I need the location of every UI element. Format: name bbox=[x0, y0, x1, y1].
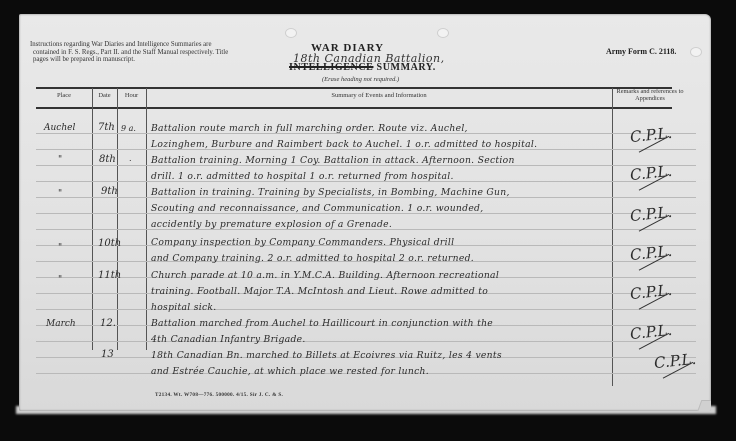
column-header-date: Date bbox=[92, 92, 117, 99]
entry-line: Company inspection by Company Commanders… bbox=[151, 237, 454, 248]
column-header-remarks: Remarks and references to Appendices bbox=[612, 88, 688, 102]
entry-line: Lozinghem, Burbure and Raimbert back to … bbox=[151, 139, 537, 150]
entry-line: Church parade at 10 a.m. in Y.M.C.A. Bui… bbox=[151, 270, 499, 281]
punch-hole bbox=[285, 28, 297, 38]
entry-place: " bbox=[58, 243, 62, 253]
instructions-text: Instructions regarding War Diaries and I… bbox=[30, 41, 229, 64]
entry-date: 13 bbox=[101, 349, 114, 360]
entry-line: Battalion marched from Auchel to Haillic… bbox=[151, 318, 493, 329]
punch-hole bbox=[690, 47, 702, 57]
folded-corner bbox=[693, 400, 711, 411]
entry-line: Battalion training. Morning 1 Coy. Batta… bbox=[151, 155, 515, 166]
column-divider-hour bbox=[146, 88, 147, 350]
column-divider-place bbox=[92, 88, 93, 350]
struck-heading: INTELLIGENCE bbox=[289, 62, 373, 73]
entry-place: Auchel bbox=[44, 123, 75, 133]
punch-hole bbox=[437, 28, 449, 38]
entry-line: Scouting and reconnaissance, and Communi… bbox=[151, 203, 483, 214]
erase-note: (Erase heading not required.) bbox=[322, 76, 399, 83]
entry-date: 11th bbox=[98, 270, 121, 281]
column-header-rule bbox=[36, 107, 672, 109]
column-divider-date bbox=[117, 88, 118, 350]
entry-line: training. Football. Major T.A. McIntosh … bbox=[151, 286, 488, 297]
entry-date: 12. bbox=[100, 318, 116, 329]
entry-date: 9th bbox=[101, 186, 118, 197]
entry-place: " bbox=[58, 155, 62, 165]
ruled-line bbox=[36, 341, 696, 342]
column-header-hour: Hour bbox=[117, 92, 146, 99]
summary-heading: SUMMARY. bbox=[373, 62, 435, 73]
column-header-place: Place bbox=[36, 92, 92, 99]
army-form-number: Army Form C. 2118. bbox=[606, 47, 676, 56]
entry-hour: . bbox=[129, 154, 132, 163]
entry-place: March bbox=[46, 319, 76, 329]
entry-place: " bbox=[58, 189, 62, 199]
entry-date: 8th bbox=[99, 154, 116, 165]
entry-line: Battalion in training. Training by Speci… bbox=[151, 187, 510, 198]
entry-line: Battalion route march in full marching o… bbox=[151, 123, 468, 134]
print-footer: T2134. Wt. W708—776. 500000. 4/15. Sir J… bbox=[155, 392, 283, 398]
header-rule bbox=[36, 87, 672, 89]
entry-line: 18th Canadian Bn. marched to Billets at … bbox=[151, 350, 502, 361]
entry-line: 4th Canadian Infantry Brigade. bbox=[151, 334, 306, 345]
entry-date: 7th bbox=[98, 122, 115, 133]
entry-line: accidently by premature explosion of a G… bbox=[151, 219, 392, 230]
column-header-summary: Summary of Events and Information bbox=[146, 92, 612, 99]
entry-line: and Company training. 2 o.r. admitted to… bbox=[151, 253, 474, 264]
entry-line: drill. 1 o.r. admitted to hospital 1 o.r… bbox=[151, 171, 454, 182]
entry-line: hospital sick. bbox=[151, 302, 217, 313]
entry-hour: 9 a. bbox=[121, 124, 136, 133]
form-subtitle: INTELLIGENCE SUMMARY. bbox=[289, 62, 436, 73]
entry-line: and Estrée Cauchie, at which place we re… bbox=[151, 366, 429, 377]
entry-date: 10th bbox=[98, 238, 121, 249]
entry-place: " bbox=[58, 275, 62, 285]
ruled-line bbox=[36, 309, 696, 310]
